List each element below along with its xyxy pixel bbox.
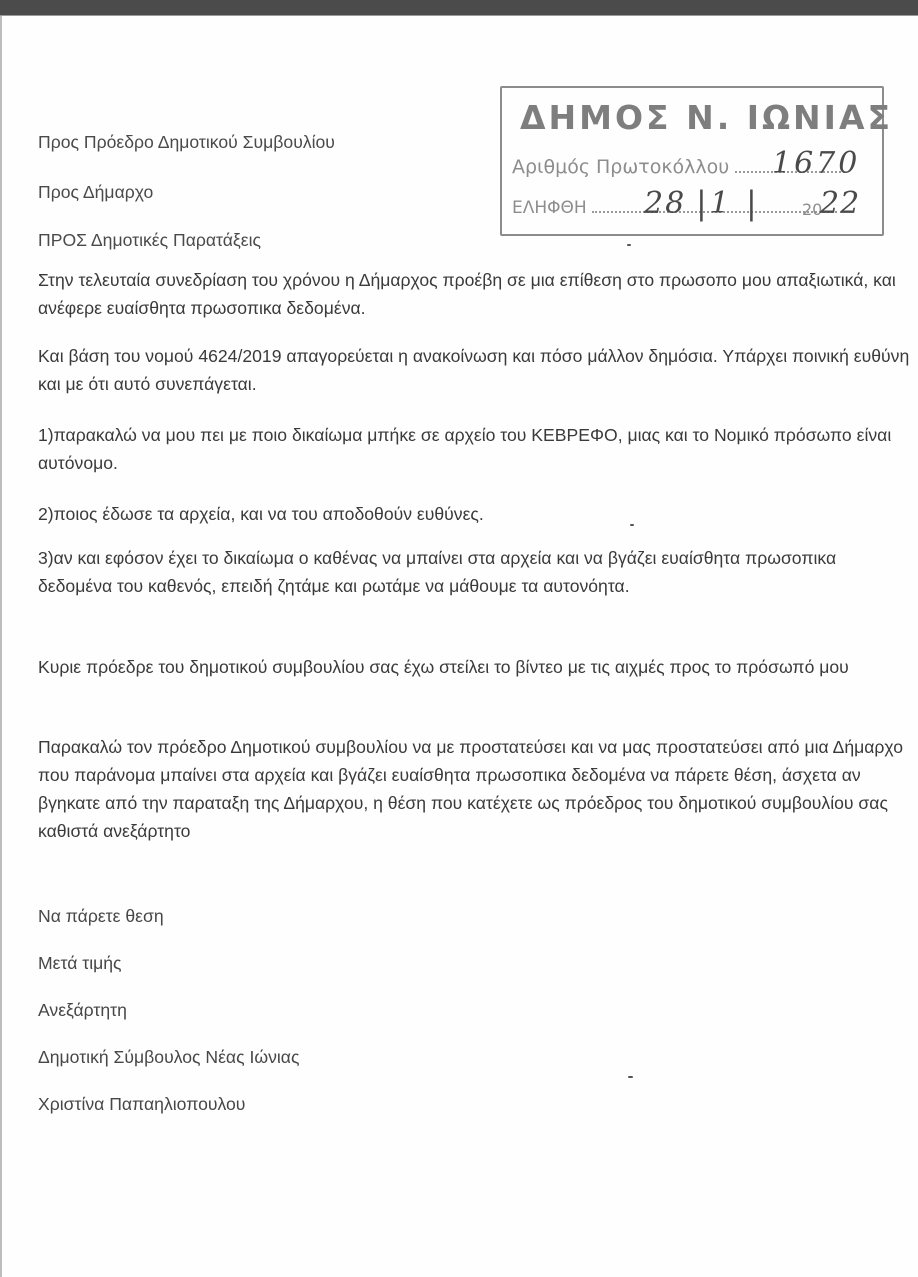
signer-title: Δημοτική Σύμβουλος Νέας Ιώνιας bbox=[38, 1047, 299, 1068]
recipient-line: Προς Πρόεδρο Δημοτικού Συμβουλίου bbox=[38, 132, 335, 153]
stamp-received-day: 28 bbox=[644, 186, 686, 221]
stamp-received-label: ΕΛΗΦΘΗ bbox=[512, 198, 587, 218]
scanned-letter-page: ΔΗΜΟΣ Ν. ΙΩΝΙΑΣ Αριθμός Πρωτοκόλλου 1670… bbox=[2, 16, 918, 1277]
signer-name: Χριστίνα Παπαηλιοπουλου bbox=[38, 1094, 245, 1115]
numbered-point-1: 1)παρακαλώ να μου πει με ποιο δικαίωμα μ… bbox=[38, 421, 912, 477]
protocol-stamp: ΔΗΜΟΣ Ν. ΙΩΝΙΑΣ Αριθμός Πρωτοκόλλου 1670… bbox=[500, 86, 884, 236]
stamp-title: ΔΗΜΟΣ Ν. ΙΩΝΙΑΣ bbox=[520, 98, 893, 137]
signer-status: Ανεξάρτητη bbox=[38, 1000, 127, 1021]
viewer-top-bar bbox=[0, 0, 918, 16]
body-paragraph: Παρακαλώ τον πρόεδρο Δημοτικού συμβουλίο… bbox=[38, 733, 912, 845]
body-paragraph: Και βάση του νομού 4624/2019 απαγορεύετα… bbox=[38, 342, 912, 398]
stamp-date-separator: | bbox=[746, 184, 757, 222]
stamp-protocol-number: 1670 bbox=[772, 146, 860, 181]
stamp-received-year: 22 bbox=[820, 186, 860, 221]
stamp-date-separator: | bbox=[696, 184, 707, 222]
scan-speck bbox=[630, 524, 634, 526]
closing-salutation: Μετά τιμής bbox=[38, 953, 122, 974]
recipient-line: Προς Δήμαρχο bbox=[38, 182, 153, 203]
body-paragraph: Κυριε πρόεδρε του δημοτικού συμβουλίου σ… bbox=[38, 653, 912, 681]
body-paragraph: Στην τελευταία συνεδρίαση του χρόνου η Δ… bbox=[38, 266, 912, 322]
stamp-protocol-label: Αριθμός Πρωτοκόλλου bbox=[512, 156, 729, 178]
scan-speck bbox=[627, 244, 631, 246]
numbered-point-2: 2)ποιος έδωσε τα αρχεία, και να του αποδ… bbox=[38, 500, 912, 528]
scan-speck bbox=[628, 1076, 633, 1078]
numbered-point-3: 3)αν και εφόσον έχει το δικαίωμα ο καθέν… bbox=[38, 544, 912, 600]
recipient-line: ΠΡΟΣ Δημοτικές Παρατάξεις bbox=[38, 230, 261, 251]
stamp-received-month: 1 bbox=[710, 186, 729, 221]
closing-request: Να πάρετε θεση bbox=[38, 906, 164, 927]
